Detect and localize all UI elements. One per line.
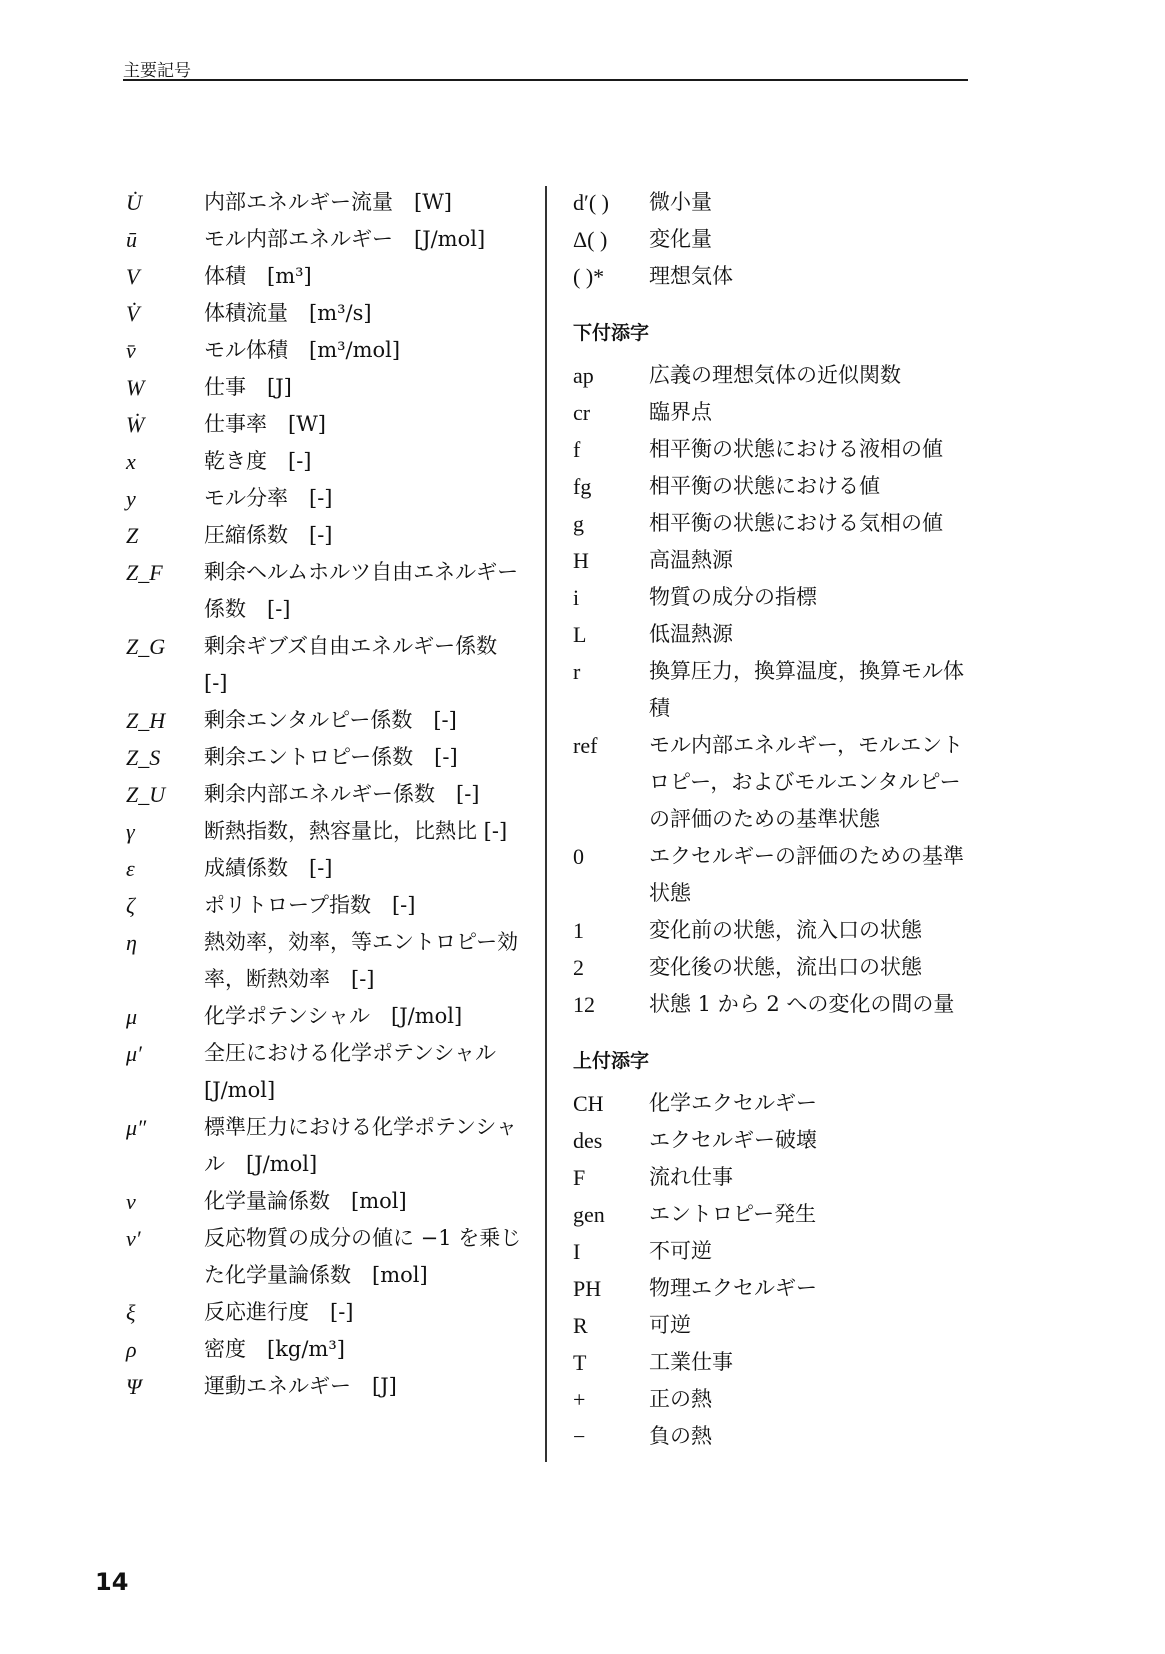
symbol: d′( ) (573, 184, 649, 221)
symbol-entry: γ断熱指数，熱容量比，比熱比 [-] (126, 813, 526, 850)
symbol: ap (573, 357, 649, 394)
symbol-entry: g相平衡の状態における気相の値 (573, 505, 973, 542)
symbol-entry: ε成績係数 [-] (126, 850, 526, 887)
symbol: H (573, 542, 649, 579)
symbol-description: ポリトロープ指数 [-] (204, 887, 526, 924)
symbol-entry: ζポリトロープ指数 [-] (126, 887, 526, 924)
symbol: V̇ (126, 295, 204, 332)
symbol: des (573, 1122, 649, 1159)
symbol-description: 化学ポテンシャル [J/mol] (204, 998, 526, 1035)
superscripts-heading: 上付添字 (573, 1047, 973, 1075)
column-divider (545, 186, 547, 1462)
symbol-description: 微小量 (649, 184, 973, 221)
symbol-entry: v̄モル体積 [m³/mol] (126, 332, 526, 369)
symbol-description: モル体積 [m³/mol] (204, 332, 526, 369)
symbol-description: 低温熱源 (649, 616, 973, 653)
symbol-description: 工業仕事 (649, 1344, 973, 1381)
symbol-entry: I不可逆 (573, 1233, 973, 1270)
symbol: 1 (573, 912, 649, 949)
symbol-description: 換算圧力，換算温度，換算モル体積 (649, 653, 973, 727)
symbol-description: 広義の理想気体の近似関数 (649, 357, 973, 394)
symbol-entry: V体積 [m³] (126, 258, 526, 295)
symbol-description: 物質の成分の指標 (649, 579, 973, 616)
symbol-entry: ν′反応物質の成分の値に −1 を乗じた化学量論係数 [mol] (126, 1220, 526, 1294)
symbol-entry: Z_G剰余ギブズ自由エネルギー係数 [-] (126, 628, 526, 702)
symbol: γ (126, 813, 204, 850)
symbol: L (573, 616, 649, 653)
symbol: ū (126, 221, 204, 258)
symbol: ρ (126, 1331, 204, 1368)
symbol-entry: CH化学エクセルギー (573, 1085, 973, 1122)
symbol-description: 高温熱源 (649, 542, 973, 579)
symbol-entry: Ẇ仕事率 [W] (126, 406, 526, 443)
symbol: f (573, 431, 649, 468)
symbol-entry: −負の熱 (573, 1418, 973, 1455)
symbol: Ẇ (126, 406, 204, 443)
symbol: + (573, 1381, 649, 1418)
symbol: x (126, 443, 204, 480)
symbol-entry: Δ( )変化量 (573, 221, 973, 258)
symbol-entry: T工業仕事 (573, 1344, 973, 1381)
symbol: T (573, 1344, 649, 1381)
symbol-description: エクセルギーの評価のための基準状態 (649, 838, 973, 912)
symbol-description: モル分率 [-] (204, 480, 526, 517)
running-head-title: 主要記号 (123, 56, 191, 81)
symbol: y (126, 480, 204, 517)
symbol-description: 内部エネルギー流量 [W] (204, 184, 526, 221)
symbol-description: 相平衡の状態における気相の値 (649, 505, 973, 542)
symbol-entry: Z_H剰余エンタルピー係数 [-] (126, 702, 526, 739)
symbol: ζ (126, 887, 204, 924)
symbol-description: 成績係数 [-] (204, 850, 526, 887)
symbol-description: 変化前の状態，流入口の状態 (649, 912, 973, 949)
symbol: ε (126, 850, 204, 887)
symbol: Z_G (126, 628, 204, 665)
symbol: r (573, 653, 649, 690)
symbol: cr (573, 394, 649, 431)
subscripts-heading: 下付添字 (573, 319, 973, 347)
symbol-entry: fg相平衡の状態における値 (573, 468, 973, 505)
symbol-entry: L低温熱源 (573, 616, 973, 653)
symbol-description: 標準圧力における化学ポテンシャル [J/mol] (204, 1109, 526, 1183)
symbol-entry: W仕事 [J] (126, 369, 526, 406)
symbol-description: 断熱指数，熱容量比，比熱比 [-] (204, 813, 526, 850)
symbols-left-column: U̇内部エネルギー流量 [W]ūモル内部エネルギー [J/mol]V体積 [m³… (126, 184, 526, 1405)
symbol-entry: cr臨界点 (573, 394, 973, 431)
symbol-entry: +正の熱 (573, 1381, 973, 1418)
symbol-entry: Ψ運動エネルギー [J] (126, 1368, 526, 1405)
symbol: Z (126, 517, 204, 554)
symbol: ref (573, 727, 649, 764)
symbol-entry: U̇内部エネルギー流量 [W] (126, 184, 526, 221)
symbol-entry: Z_S剰余エントロピー係数 [-] (126, 739, 526, 776)
symbol-entry: ρ密度 [kg/m³] (126, 1331, 526, 1368)
symbol-description: 乾き度 [-] (204, 443, 526, 480)
symbol: g (573, 505, 649, 542)
symbol: fg (573, 468, 649, 505)
symbol: μ′ (126, 1035, 204, 1072)
symbol-description: 反応物質の成分の値に −1 を乗じた化学量論係数 [mol] (204, 1220, 526, 1294)
symbol-description: 化学エクセルギー (649, 1085, 973, 1122)
symbol-description: 体積 [m³] (204, 258, 526, 295)
symbol-entry: H高温熱源 (573, 542, 973, 579)
symbol-entry: μ′全圧における化学ポテンシャル [J/mol] (126, 1035, 526, 1109)
symbol-description: 仕事率 [W] (204, 406, 526, 443)
symbol-description: 剰余ギブズ自由エネルギー係数 [-] (204, 628, 526, 702)
symbol-description: 剰余内部エネルギー係数 [-] (204, 776, 526, 813)
symbol-description: 相平衡の状態における液相の値 (649, 431, 973, 468)
symbol-entry: Z_U剰余内部エネルギー係数 [-] (126, 776, 526, 813)
symbol: ξ (126, 1294, 204, 1331)
symbol-description: 理想気体 (649, 258, 973, 295)
symbol-description: モル内部エネルギー [J/mol] (204, 221, 526, 258)
symbol: Ψ (126, 1368, 204, 1405)
symbol-description: 臨界点 (649, 394, 973, 431)
symbol: W (126, 369, 204, 406)
symbol-description: 状態 1 から 2 への変化の間の量 (649, 986, 973, 1023)
symbol: μ (126, 998, 204, 1035)
symbol: v̄ (126, 332, 204, 369)
symbol-description: モル内部エネルギー，モルエントロピー，およびモルエンタルピーの評価のための基準状… (649, 727, 973, 838)
symbol-description: 全圧における化学ポテンシャル [J/mol] (204, 1035, 526, 1109)
symbol: − (573, 1418, 649, 1455)
symbols-right-column: d′( )微小量Δ( )変化量( )*理想気体 下付添字 ap広義の理想気体の近… (573, 184, 973, 1455)
symbol: Z_F (126, 554, 204, 591)
symbol-entry: f相平衡の状態における液相の値 (573, 431, 973, 468)
symbol: ( )* (573, 258, 649, 295)
symbol: gen (573, 1196, 649, 1233)
symbol-entry: ap広義の理想気体の近似関数 (573, 357, 973, 394)
symbol: V (126, 258, 204, 295)
symbol-description: 運動エネルギー [J] (204, 1368, 526, 1405)
symbol: i (573, 579, 649, 616)
symbol-entry: ν化学量論係数 [mol] (126, 1183, 526, 1220)
symbol-entry: ξ反応進行度 [-] (126, 1294, 526, 1331)
symbol: 2 (573, 949, 649, 986)
symbol-entry: F流れ仕事 (573, 1159, 973, 1196)
symbol: I (573, 1233, 649, 1270)
page-number: 14 (95, 1568, 128, 1596)
header-rule (123, 79, 968, 81)
symbol: ν (126, 1183, 204, 1220)
symbol-entry: ( )*理想気体 (573, 258, 973, 295)
symbol-description: 正の熱 (649, 1381, 973, 1418)
symbol: 12 (573, 986, 649, 1023)
symbol-description: 化学量論係数 [mol] (204, 1183, 526, 1220)
symbol: Δ( ) (573, 221, 649, 258)
symbol: Z_S (126, 739, 204, 776)
symbol-description: 可逆 (649, 1307, 973, 1344)
symbol-entry: d′( )微小量 (573, 184, 973, 221)
symbol-description: 不可逆 (649, 1233, 973, 1270)
symbol: R (573, 1307, 649, 1344)
symbol: η (126, 924, 204, 961)
symbol-entry: 12状態 1 から 2 への変化の間の量 (573, 986, 973, 1023)
symbol-entry: V̇体積流量 [m³/s] (126, 295, 526, 332)
symbol-description: 体積流量 [m³/s] (204, 295, 526, 332)
symbol-description: 密度 [kg/m³] (204, 1331, 526, 1368)
symbol-entry: 2変化後の状態，流出口の状態 (573, 949, 973, 986)
symbol-description: 流れ仕事 (649, 1159, 973, 1196)
symbol-entry: desエクセルギー破壊 (573, 1122, 973, 1159)
symbol-description: 物理エクセルギー (649, 1270, 973, 1307)
symbol: Z_U (126, 776, 204, 813)
symbol-description: 変化後の状態，流出口の状態 (649, 949, 973, 986)
symbol-description: エクセルギー破壊 (649, 1122, 973, 1159)
symbol-description: 負の熱 (649, 1418, 973, 1455)
symbol-entry: r換算圧力，換算温度，換算モル体積 (573, 653, 973, 727)
symbol-entry: ūモル内部エネルギー [J/mol] (126, 221, 526, 258)
symbol: PH (573, 1270, 649, 1307)
symbol-entry: x乾き度 [-] (126, 443, 526, 480)
symbol-entry: yモル分率 [-] (126, 480, 526, 517)
symbol-entry: μ″標準圧力における化学ポテンシャル [J/mol] (126, 1109, 526, 1183)
symbol-description: 仕事 [J] (204, 369, 526, 406)
symbol-description: 反応進行度 [-] (204, 1294, 526, 1331)
symbol-entry: refモル内部エネルギー，モルエントロピー，およびモルエンタルピーの評価のための… (573, 727, 973, 838)
symbol-entry: R可逆 (573, 1307, 973, 1344)
symbol-entry: μ化学ポテンシャル [J/mol] (126, 998, 526, 1035)
symbol-description: 圧縮係数 [-] (204, 517, 526, 554)
symbol: CH (573, 1085, 649, 1122)
symbol-entry: genエントロピー発生 (573, 1196, 973, 1233)
symbol: F (573, 1159, 649, 1196)
symbol-entry: 1変化前の状態，流入口の状態 (573, 912, 973, 949)
symbol-description: エントロピー発生 (649, 1196, 973, 1233)
symbol-entry: i物質の成分の指標 (573, 579, 973, 616)
symbol-description: 剰余エントロピー係数 [-] (204, 739, 526, 776)
symbol-description: 熱効率，効率，等エントロピー効率，断熱効率 [-] (204, 924, 526, 998)
symbol-entry: Z_F剰余ヘルムホルツ自由エネルギー係数 [-] (126, 554, 526, 628)
symbol: 0 (573, 838, 649, 875)
symbol: μ″ (126, 1109, 204, 1146)
symbol-description: 剰余ヘルムホルツ自由エネルギー係数 [-] (204, 554, 526, 628)
symbol-entry: η熱効率，効率，等エントロピー効率，断熱効率 [-] (126, 924, 526, 998)
symbol: U̇ (126, 184, 204, 221)
symbol-description: 相平衡の状態における値 (649, 468, 973, 505)
symbol: ν′ (126, 1220, 204, 1257)
symbol: Z_H (126, 702, 204, 739)
symbol-entry: 0エクセルギーの評価のための基準状態 (573, 838, 973, 912)
symbol-entry: PH物理エクセルギー (573, 1270, 973, 1307)
symbol-entry: Z圧縮係数 [-] (126, 517, 526, 554)
symbol-description: 変化量 (649, 221, 973, 258)
symbol-description: 剰余エンタルピー係数 [-] (204, 702, 526, 739)
